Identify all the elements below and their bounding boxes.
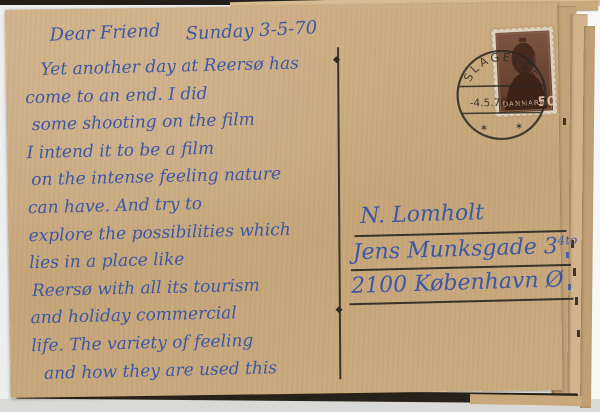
stack-edge-mark: [575, 297, 578, 305]
address-floor-superscript: 4to: [557, 233, 577, 248]
stacked-card-bottom-edge: [470, 394, 582, 406]
postmark-star-icon: ✶: [515, 122, 524, 133]
message-date: Sunday 3-5-70: [185, 17, 318, 44]
address-street-text: Jens Munksgade 3: [352, 234, 558, 265]
postmark-town-label: SLAGELSE: [460, 49, 542, 84]
postmark-date-label: -4.5.70 5.00: [470, 97, 534, 110]
postcard-photo: Dear Friend Sunday 3-5-70 Yet another da…: [0, 0, 600, 412]
stack-edge-ink-mark: [568, 284, 571, 290]
postmark-star-icon: ✶: [480, 123, 489, 134]
stack-edge-mark: [577, 330, 580, 337]
postcard: Dear Friend Sunday 3-5-70 Yet another da…: [5, 2, 562, 398]
stack-edge-mark: [573, 268, 576, 276]
svg-text:SLAGELSE: SLAGELSE: [460, 49, 542, 84]
stack-edge-mark: [563, 118, 566, 125]
message-body: Yet another day at Reersø has come to an…: [24, 49, 352, 388]
address-street: Jens Munksgade 34to: [352, 233, 577, 265]
address-name: N. Lomholt: [360, 200, 485, 229]
address-rule-line: [349, 298, 573, 305]
message-greeting: Dear Friend: [49, 20, 161, 45]
postmark: SLAGELSE -4.5.70 5.00 ✶ ✶: [454, 46, 551, 143]
address-city: 2100 København Ø: [351, 267, 564, 299]
